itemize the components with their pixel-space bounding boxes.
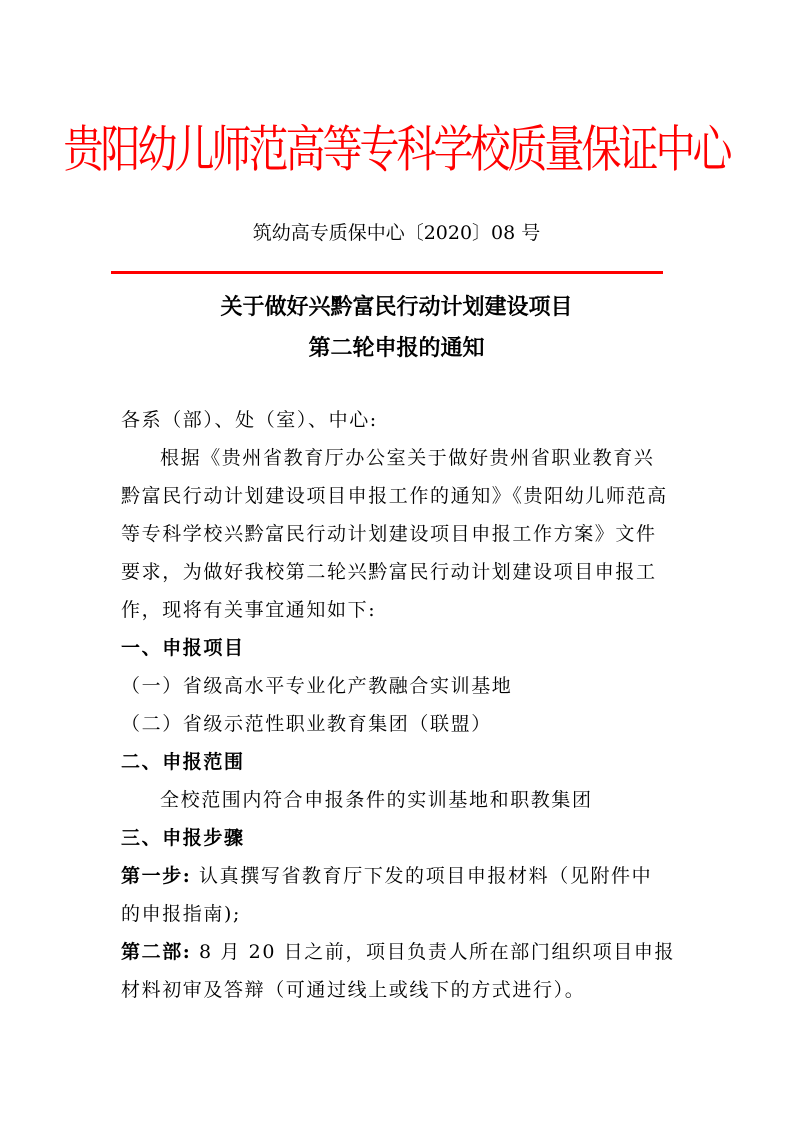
intro-line: 要求，为做好我校第二轮兴黔富民行动计划建设项目申报工 (121, 557, 657, 584)
section-heading: 一、申报项目 (121, 633, 245, 660)
intro-line: 根据《贵州省教育厅办公室关于做好贵州省职业教育兴 (160, 443, 654, 470)
step-1-cont: 的申报指南); (121, 899, 241, 926)
step-2: 第二部: 8 月 20 日之前，项目负责人所在部门组织项目申报 (121, 937, 675, 964)
document-number: 筑幼高专质保中心〔2020〕08 号 (0, 218, 793, 245)
document-page: 贵阳幼儿师范高等专科学校质量保证中心 筑幼高专质保中心〔2020〕08 号 关于… (0, 0, 793, 1122)
project-item: （二）省级示范性职业教育集团（联盟） (121, 709, 492, 736)
doc-title-line2: 第二轮申报的通知 (0, 331, 793, 362)
intro-line: 作，现将有关事宜通知如下: (121, 595, 376, 622)
step-label: 第一步: (121, 865, 191, 887)
red-divider (111, 271, 663, 274)
step-1: 第一步: 认真撰写省教育厅下发的项目申报材料（见附件中 (121, 861, 652, 888)
step-label: 第二部: (121, 941, 191, 963)
section-heading: 三、申报步骤 (121, 823, 245, 850)
doc-title-line1: 关于做好兴黔富民行动计划建设项目 (0, 290, 793, 321)
salutation: 各系（部）、处（室）、中心: (121, 405, 378, 432)
project-item: （一）省级高水平专业化产教融合实训基地 (121, 671, 512, 698)
intro-line: 等专科学校兴黔富民行动计划建设项目申报工作方案》文件 (121, 519, 657, 546)
step-text: 8 月 20 日之前，项目负责人所在部门组织项目申报 (191, 941, 675, 963)
intro-line: 黔富民行动计划建设项目申报工作的通知》《贵阳幼儿师范高 (121, 481, 668, 508)
step-2-cont: 材料初审及答辩（可通过线上或线下的方式进行）。 (121, 975, 585, 1002)
org-letterhead: 贵阳幼儿师范高等专科学校质量保证中心 (0, 110, 793, 181)
section-heading: 二、申报范围 (121, 747, 245, 774)
scope-text: 全校范围内符合申报条件的实训基地和职教集团 (160, 785, 593, 812)
step-text: 认真撰写省教育厅下发的项目申报材料（见附件中 (191, 865, 652, 887)
